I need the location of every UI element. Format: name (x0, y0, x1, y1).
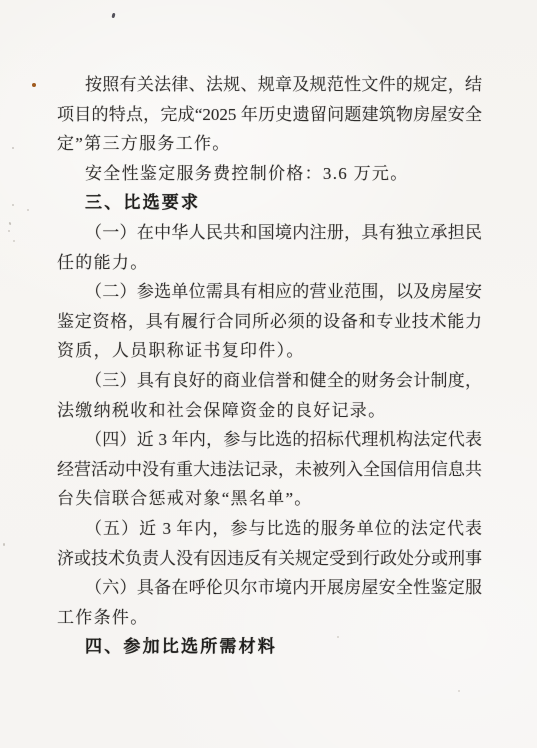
text-line: 台失信联合惩戒对象“黑名单”。 (57, 484, 482, 514)
scan-speck (8, 230, 10, 232)
scan-speck (3, 543, 5, 546)
text-line: 鉴定资格，具有履行合同所必须的设备和专业技术能力（提供 (57, 307, 482, 337)
text-line: 经营活动中没有重大违法记录，未被列入全国信用信息共享平 (57, 455, 482, 485)
text-line: （四）近 3 年内，参与比选的招标代理机构法定代表人在 (57, 425, 482, 455)
scan-speck (12, 204, 14, 206)
text-line: 济或技术负责人没有因违反有关规定受到行政处分或刑事处罚。 (57, 544, 482, 574)
text-line: （五）近 3 年内，参与比选的服务单位的法定代表人、经 (57, 514, 482, 544)
scanned-document-page: 按照有关法律、法规、规章及规范性文件的规定，结合本项目的特点，完成“2025 年… (0, 0, 537, 748)
text-line: 定”第三方服务工作。 (57, 129, 482, 159)
scan-speck (111, 13, 115, 19)
scan-speck (27, 209, 29, 211)
section-heading: 三、比选要求 (57, 188, 482, 218)
text-line: 安全性鉴定服务费控制价格：3.6 万元。 (57, 159, 482, 189)
text-line: （六）具备在呼伦贝尔市境内开展房屋安全性鉴定服务的 (57, 573, 482, 603)
text-line: 法缴纳税收和社会保障资金的良好记录。 (57, 396, 482, 426)
scan-speck (32, 83, 36, 87)
text-line: 工作条件。 (57, 603, 482, 633)
scan-speck (458, 690, 460, 692)
scan-speck (13, 240, 15, 242)
document-body: 按照有关法律、法规、规章及规范性文件的规定，结合本项目的特点，完成“2025 年… (57, 70, 482, 662)
section-heading: 四、参加比选所需材料 (57, 632, 482, 662)
text-line: 项目的特点，完成“2025 年历史遗留问题建筑物房屋安全性鉴 (57, 100, 482, 130)
text-line: （一）在中华人民共和国境内注册，具有独立承担民事责 (57, 218, 482, 248)
text-line: （三）具有良好的商业信誉和健全的财务会计制度，有依 (57, 366, 482, 396)
text-line: 按照有关法律、法规、规章及规范性文件的规定，结合本 (57, 70, 482, 100)
text-line: （二）参选单位需具有相应的营业范围，以及房屋安全性 (57, 277, 482, 307)
text-line: 资质，人员职称证书复印件）。 (57, 336, 482, 366)
scan-speck (9, 222, 12, 226)
text-line: 任的能力。 (57, 248, 482, 278)
scan-speck (12, 147, 14, 149)
